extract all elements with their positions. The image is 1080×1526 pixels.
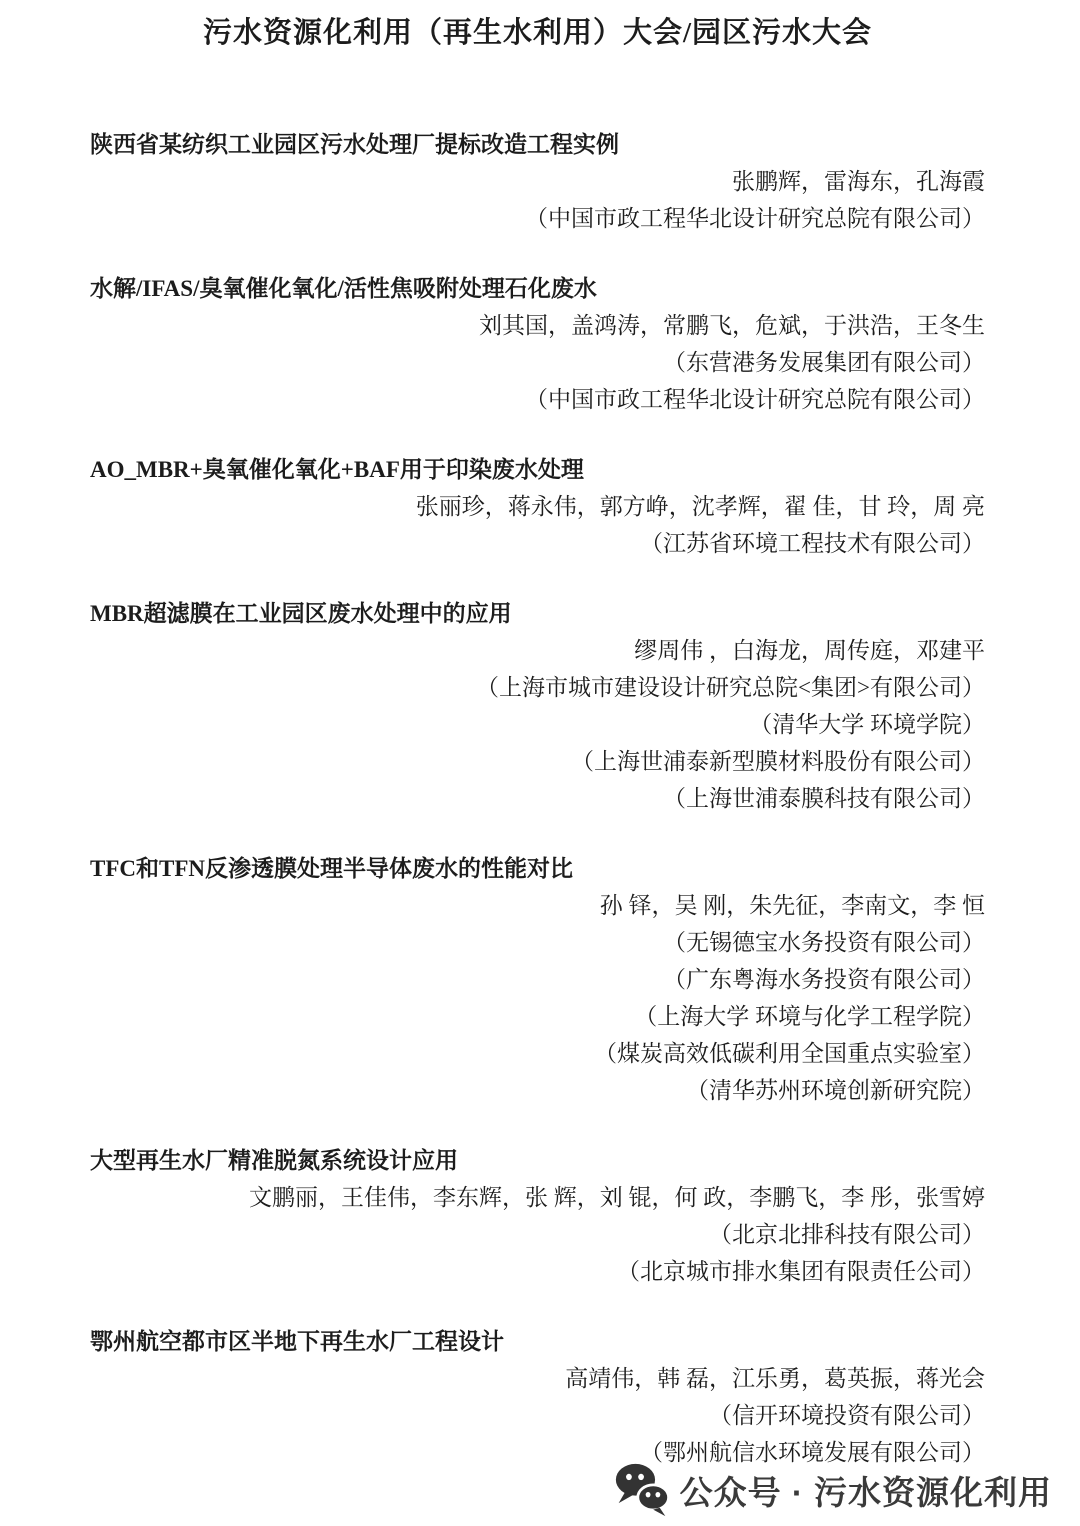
paper-section: 鄂州航空都市区半地下再生水厂工程设计 高靖伟，韩 磊，江乐勇，葛英振，蒋光会 （…: [90, 1323, 985, 1471]
paper-affiliation: （煤炭高效低碳利用全国重点实验室）: [90, 1035, 985, 1072]
paper-section: TFC和TFN反渗透膜处理半导体废水的性能对比 孙 铎，吴 刚，朱先征，李南文，…: [90, 850, 985, 1109]
paper-affiliation: （信开环境投资有限公司）: [90, 1397, 985, 1434]
paper-title: MBR超滤膜在工业园区废水处理中的应用: [90, 595, 985, 632]
paper-affiliation: （东营港务发展集团有限公司）: [90, 344, 985, 381]
paper-affiliation: （无锡德宝水务投资有限公司）: [90, 924, 985, 961]
paper-section: AO_MBR+臭氧催化氧化+BAF用于印染废水处理 张丽珍，蒋永伟，郭方峥，沈孝…: [90, 451, 985, 562]
paper-authors: 高靖伟，韩 磊，江乐勇，葛英振，蒋光会: [90, 1360, 985, 1397]
paper-affiliation: （上海世浦泰膜科技有限公司）: [90, 780, 985, 817]
paper-title: 陕西省某纺织工业园区污水处理厂提标改造工程实例: [90, 126, 985, 163]
wechat-account-badge: 公众号 · 污水资源化利用: [614, 1462, 1052, 1518]
paper-authors: 张鹏辉，雷海东，孔海霞: [90, 163, 985, 200]
paper-affiliation: （广东粤海水务投资有限公司）: [90, 961, 985, 998]
paper-section: MBR超滤膜在工业园区废水处理中的应用 缪周伟 ，白海龙，周传庭，邓建平 （上海…: [90, 595, 985, 817]
paper-title: 水解/IFAS/臭氧催化氧化/活性焦吸附处理石化废水: [90, 270, 985, 307]
paper-authors: 缪周伟 ，白海龙，周传庭，邓建平: [90, 632, 985, 669]
paper-title: TFC和TFN反渗透膜处理半导体废水的性能对比: [90, 850, 985, 887]
wechat-icon: [614, 1462, 670, 1518]
paper-section: 水解/IFAS/臭氧催化氧化/活性焦吸附处理石化废水 刘其国，盖鸿涛，常鹏飞，危…: [90, 270, 985, 418]
paper-section: 陕西省某纺织工业园区污水处理厂提标改造工程实例 张鹏辉，雷海东，孔海霞 （中国市…: [90, 126, 985, 237]
paper-affiliation: （中国市政工程华北设计研究总院有限公司）: [90, 200, 985, 237]
paper-affiliation: （中国市政工程华北设计研究总院有限公司）: [90, 381, 985, 418]
paper-title: AO_MBR+臭氧催化氧化+BAF用于印染废水处理: [90, 451, 985, 488]
paper-affiliation: （北京城市排水集团有限责任公司）: [90, 1253, 985, 1290]
paper-affiliation: （上海世浦泰新型膜材料股份有限公司）: [90, 743, 985, 780]
paper-affiliation: （江苏省环境工程技术有限公司）: [90, 525, 985, 562]
paper-affiliation: （清华大学 环境学院）: [90, 706, 985, 743]
paper-title: 大型再生水厂精准脱氮系统设计应用: [90, 1142, 985, 1179]
paper-authors: 文鹏丽，王佳伟，李东辉，张 辉，刘 锟，何 政，李鹏飞，李 彤，张雪婷: [90, 1179, 985, 1216]
footer-label: 公众号 · 污水资源化利用: [680, 1467, 1052, 1514]
paper-title: 鄂州航空都市区半地下再生水厂工程设计: [90, 1323, 985, 1360]
paper-affiliation: （清华苏州环境创新研究院）: [90, 1072, 985, 1109]
paper-authors: 张丽珍，蒋永伟，郭方峥，沈孝辉，翟 佳，甘 玲，周 亮: [90, 488, 985, 525]
paper-authors: 孙 铎，吴 刚，朱先征，李南文，李 恒: [90, 887, 985, 924]
paper-affiliation: （上海市城市建设设计研究总院<集团>有限公司）: [90, 669, 985, 706]
paper-affiliation: （北京北排科技有限公司）: [90, 1216, 985, 1253]
paper-section: 大型再生水厂精准脱氮系统设计应用 文鹏丽，王佳伟，李东辉，张 辉，刘 锟，何 政…: [90, 1142, 985, 1290]
paper-affiliation: （上海大学 环境与化学工程学院）: [90, 998, 985, 1035]
conference-program-page: 污水资源化利用（再生水利用）大会/园区污水大会 陕西省某纺织工业园区污水处理厂提…: [0, 0, 1080, 1471]
page-title: 污水资源化利用（再生水利用）大会/园区污水大会: [90, 14, 985, 52]
paper-authors: 刘其国，盖鸿涛，常鹏飞，危斌，于洪浩，王冬生: [90, 307, 985, 344]
